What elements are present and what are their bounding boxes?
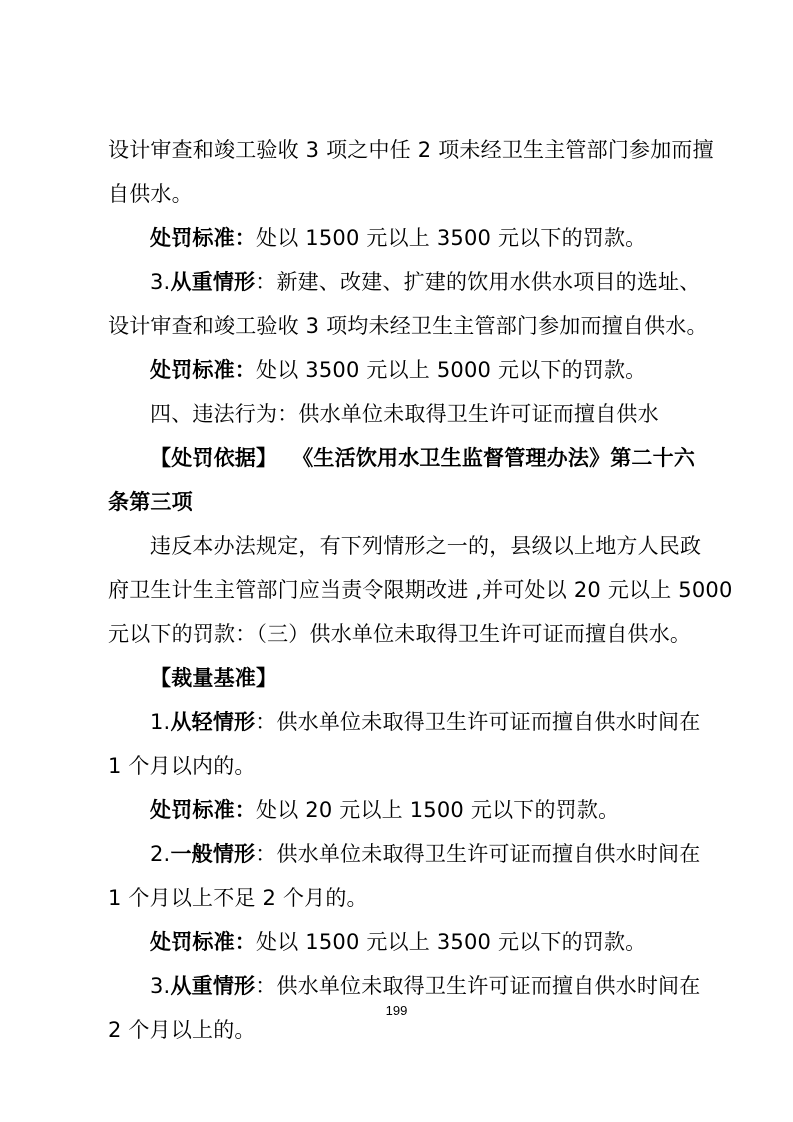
penalty-standard-line: 处罚标准：处以 1500 元以上 3500 元以下的罚款。 xyxy=(150,224,646,252)
penalty-standard-line: 处罚标准：处以 1500 元以上 3500 元以下的罚款。 xyxy=(150,928,646,956)
text-line: 元以下的罚款：（三）供水单位未取得卫生许可证而擅自供水。 xyxy=(108,620,691,648)
text-line: 自供水。 xyxy=(108,180,193,208)
text-line: 1 个月以内的。 xyxy=(108,752,256,780)
text-line: 设计审查和竣工验收 3 项之中任 2 项未经卫生主管部门参加而擅 xyxy=(108,136,714,164)
discretion-standard-heading: 【裁量基准】 xyxy=(150,664,277,692)
general-case-heading: 2.一般情形：供水单位未取得卫生许可证而擅自供水时间在 xyxy=(150,840,700,868)
text-line: 2 个月以上的。 xyxy=(108,1016,256,1044)
text-line: 1 个月以上不足 2 个月的。 xyxy=(108,884,368,912)
severe-case-heading: 3.从重情形：新建、改建、扩建的饮用水供水项目的选址、 xyxy=(150,268,700,296)
text-line: 违反本办法规定，有下列情形之一的，县级以上地方人民政 xyxy=(150,532,701,560)
text-line: 设计审查和竣工验收 3 项均未经卫生主管部门参加而擅自供水。 xyxy=(108,312,708,340)
text-line: 府卫生计生主管部门应当责令限期改进 ,并可处以 20 元以上 5000 xyxy=(108,576,733,604)
penalty-basis-heading: 【处罚依据】 《生活饮用水卫生监督管理办法》第二十六 xyxy=(150,444,695,472)
light-case-heading: 1.从轻情形：供水单位未取得卫生许可证而擅自供水时间在 xyxy=(150,708,700,736)
penalty-standard-line: 处罚标准：处以 20 元以上 1500 元以下的罚款。 xyxy=(150,796,619,824)
penalty-standard-line: 处罚标准：处以 3500 元以上 5000 元以下的罚款。 xyxy=(150,356,646,384)
page-number: 199 xyxy=(0,1003,793,1018)
severe-case-heading: 3.从重情形：供水单位未取得卫生许可证而擅自供水时间在 xyxy=(150,972,700,1000)
penalty-basis-heading-cont: 条第三项 xyxy=(108,488,193,516)
violation-heading: 四、违法行为：供水单位未取得卫生许可证而擅自供水 xyxy=(150,400,659,428)
